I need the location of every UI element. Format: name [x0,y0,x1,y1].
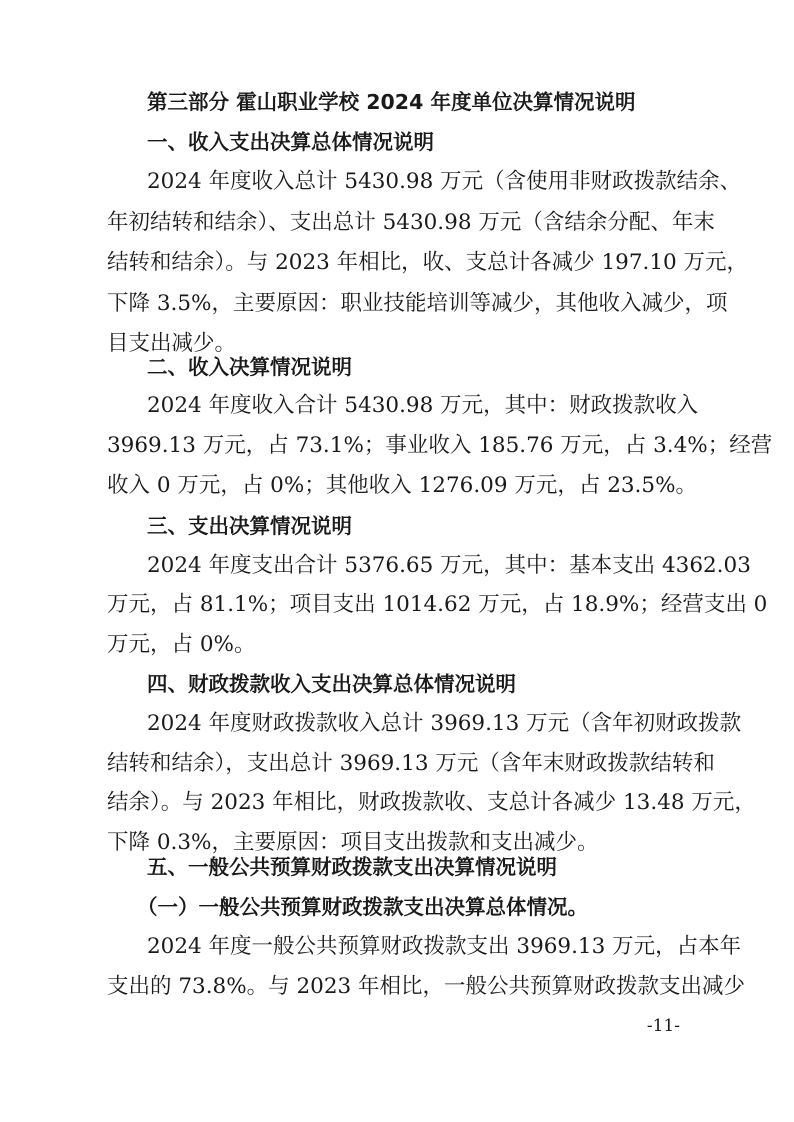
paragraph-line: 结余）。与 2023 年相比，财政拨款收、支总计各减少 13.48 万元， [107,788,697,818]
paragraph-line: 支出的 73.8%。与 2023 年相比，一般公共预算财政拨款支出减少 [107,972,697,1002]
document-page: 第三部分 霍山职业学校 2024 年度单位决算情况说明 一、收入支出决算总体情况… [0,0,794,1122]
section-1-heading: 一、收入支出决算总体情况说明 [147,127,737,157]
section-4-heading: 四、财政拨款收入支出决算总体情况说明 [147,669,737,699]
paragraph-line: 2024 年度支出合计 5376.65 万元，其中：基本支出 4362.03 [147,551,697,581]
paragraph-line: 2024 年度收入合计 5430.98 万元，其中：财政拨款收入 [147,391,697,421]
section-2-heading: 二、收入决算情况说明 [147,352,737,382]
paragraph-line: 3969.13 万元，占 73.1%；事业收入 185.76 万元，占 3.4%… [107,431,697,461]
page-number: -11- [647,1016,680,1036]
paragraph-line: 下降 3.5%，主要原因：职业技能培训等减少，其他收入减少，项 [107,289,697,319]
paragraph-line: 2024 年度收入总计 5430.98 万元（含使用非财政拨款结余、 [147,167,697,197]
paragraph-line: 万元，占 81.1%；项目支出 1014.62 万元，占 18.9%；经营支出 … [107,590,697,620]
section-5-subheading: （一）一般公共预算财政拨款支出决算总体情况。 [137,892,727,922]
paragraph-line: 结转和结余），支出总计 3969.13 万元（含年末财政拨款结转和 [107,749,697,779]
paragraph-line: 结转和结余）。与 2023 年相比，收、支总计各减少 197.10 万元， [107,248,697,278]
paragraph-line: 万元，占 0%。 [107,630,697,660]
section-3-heading: 三、支出决算情况说明 [147,511,737,541]
paragraph-line: 年初结转和结余）、支出总计 5430.98 万元（含结余分配、年末 [107,208,697,238]
paragraph-line: 2024 年度一般公共预算财政拨款支出 3969.13 万元，占本年 [147,932,697,962]
section-5-heading: 五、一般公共预算财政拨款支出决算情况说明 [147,852,737,882]
paragraph-line: 2024 年度财政拨款收入总计 3969.13 万元（含年初财政拨款 [147,709,697,739]
document-title: 第三部分 霍山职业学校 2024 年度单位决算情况说明 [147,87,737,117]
paragraph-line: 收入 0 万元，占 0%；其他收入 1276.09 万元，占 23.5%。 [107,471,697,501]
